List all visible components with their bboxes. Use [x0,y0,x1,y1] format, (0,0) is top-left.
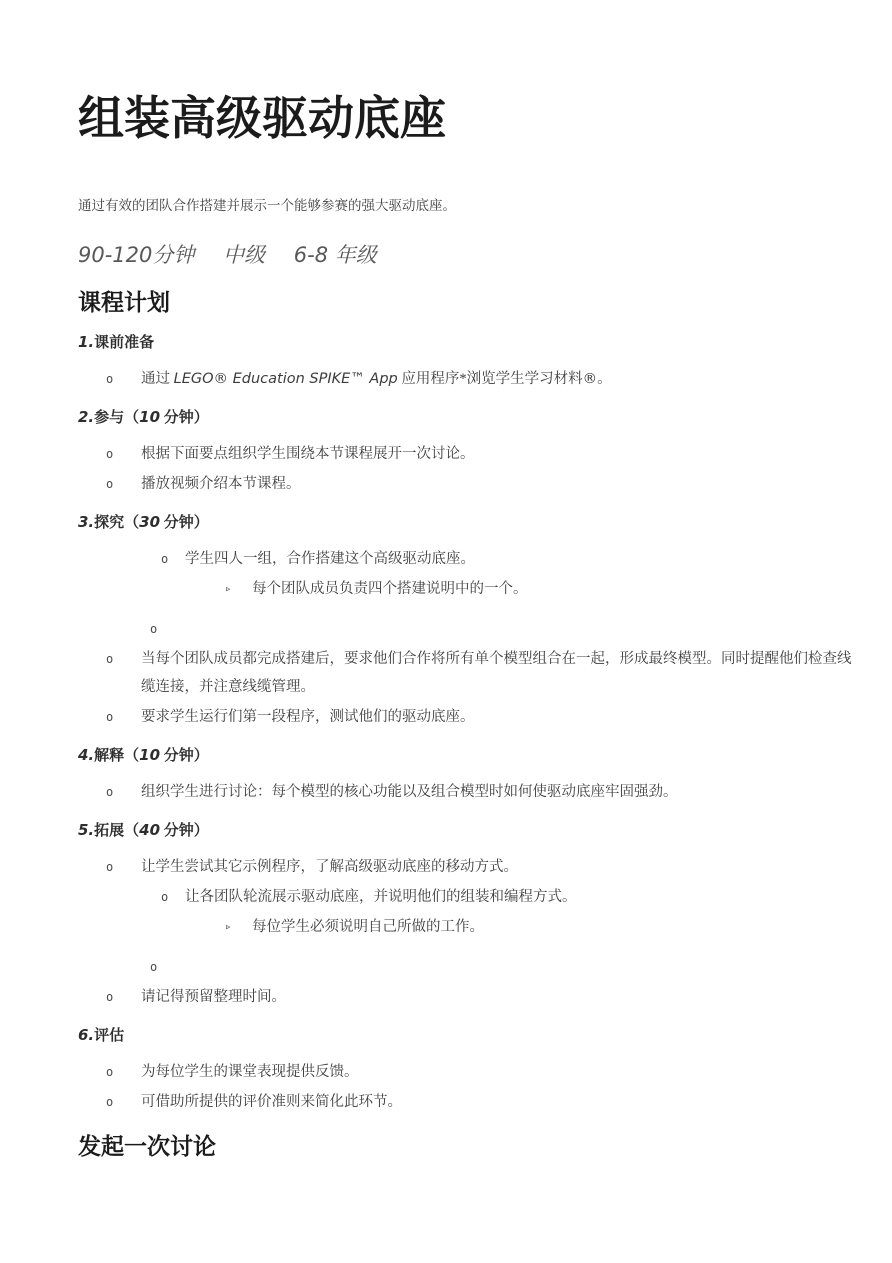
list-item: o组织学生进行讨论：每个模型的核心功能以及组合模型时如何使驱动底座牢固强劲。 [78,778,856,806]
list-item-text: 让学生尝试其它示例程序，了解高级驱动底座的移动方式。 [141,853,856,881]
step-duration: （10 分钟） [124,748,209,764]
list-item: o根据下面要点组织学生围绕本节课程展开一次讨论。 [78,440,856,468]
step-name: 解释 [94,748,124,764]
step-number: 4. [78,746,94,764]
circle-bullet-icon: o [106,983,141,1011]
list-item-text: 根据下面要点组织学生围绕本节课程展开一次讨论。 [141,440,856,468]
discussion-heading: 发起一次讨论 [78,1132,856,1162]
list-item: o [78,615,856,643]
list-item-text: 为每位学生的课堂表现提供反馈。 [141,1058,856,1086]
step-section: 3.探究（30 分钟）o学生四人一组，合作搭建这个高级驱动底座。▹每个团队成员负… [78,512,856,731]
circle-bullet-icon: o [106,853,141,881]
list-item: o让学生尝试其它示例程序，了解高级驱动底座的移动方式。 [78,853,856,881]
list-item-text: 要求学生运行们第一段程序，测试他们的驱动底座。 [141,703,856,731]
document-page: 组装高级驱动底座 通过有效的团队合作搭建并展示一个能够参赛的强大驱动底座。 90… [0,0,892,1263]
list-item: o当每个团队成员都完成搭建后，要求他们合作将所有单个模型组合在一起，形成最终模型… [78,645,856,701]
step-name: 拓展 [94,823,124,839]
step-section: 5.拓展（40 分钟）o让学生尝试其它示例程序，了解高级驱动底座的移动方式。o让… [78,820,856,1011]
step-label: 6.评估 [78,1025,856,1046]
circle-bullet-icon: o [106,1088,141,1116]
intro-text: 通过有效的团队合作搭建并展示一个能够参赛的强大驱动底座。 [78,196,856,216]
list-item: ▹每个团队成员负责四个搭建说明中的一个。 [78,575,856,603]
step-number: 2. [78,408,94,426]
step-section: 1.课前准备o通过 LEGO® Education SPIKE™ App 应用程… [78,332,856,393]
lesson-plan-heading: 课程计划 [78,288,856,318]
list-item-text [174,615,856,643]
list-item: o [78,953,856,981]
list-item: ▹每位学生必须说明自己所做的工作。 [78,913,856,941]
step-duration: （10 分钟） [124,410,209,426]
circle-bullet-icon: o [106,440,141,468]
list-item-text: 可借助所提供的评价准则来简化此环节。 [141,1088,856,1116]
step-label: 5.拓展（40 分钟） [78,820,856,841]
step-number: 6. [78,1026,94,1044]
list-item-text: 每个团队成员负责四个搭建说明中的一个。 [252,575,856,603]
triangle-bullet-icon: ▹ [225,913,252,941]
list-item-text: 通过 LEGO® Education SPIKE™ App 应用程序*浏览学生学… [141,365,856,393]
meta-grade: 6-8 年级 [294,243,377,267]
step-number: 5. [78,821,94,839]
list-item-text [174,953,856,981]
circle-bullet-icon: o [106,778,141,806]
circle-bullet-icon: o [161,883,185,911]
step-label: 1.课前准备 [78,332,856,353]
list-item-text: 播放视频介绍本节课程。 [141,470,856,498]
step-duration: （30 分钟） [124,515,209,531]
step-section: 2.参与（10 分钟）o根据下面要点组织学生围绕本节课程展开一次讨论。o播放视频… [78,407,856,498]
circle-bullet-icon: o [150,615,174,643]
circle-bullet-icon: o [150,953,174,981]
step-label: 3.探究（30 分钟） [78,512,856,533]
list-item-text: 组织学生进行讨论：每个模型的核心功能以及组合模型时如何使驱动底座牢固强劲。 [141,778,856,806]
meta-duration: 90-120分钟 [78,243,194,267]
circle-bullet-icon: o [106,365,141,393]
list-item-text: 学生四人一组，合作搭建这个高级驱动底座。 [185,545,856,573]
step-label: 4.解释（10 分钟） [78,745,856,766]
meta-level: 中级 [223,243,265,267]
list-item-text: 请记得预留整理时间。 [141,983,856,1011]
list-item-text: 让各团队轮流展示驱动底座，并说明他们的组装和编程方式。 [185,883,856,911]
step-number: 1. [78,333,94,351]
circle-bullet-icon: o [106,1058,141,1086]
list-item: o为每位学生的课堂表现提供反馈。 [78,1058,856,1086]
list-item: o学生四人一组，合作搭建这个高级驱动底座。 [78,545,856,573]
step-duration: （40 分钟） [124,823,209,839]
step-name: 参与 [94,410,124,426]
step-number: 3. [78,513,94,531]
list-item: o请记得预留整理时间。 [78,983,856,1011]
circle-bullet-icon: o [106,703,141,731]
list-item-text: 每位学生必须说明自己所做的工作。 [252,913,856,941]
circle-bullet-icon: o [106,645,141,673]
circle-bullet-icon: o [106,470,141,498]
step-section: 6.评估o为每位学生的课堂表现提供反馈。o可借助所提供的评价准则来简化此环节。 [78,1025,856,1116]
step-section: 4.解释（10 分钟）o组织学生进行讨论：每个模型的核心功能以及组合模型时如何使… [78,745,856,806]
step-name: 课前准备 [94,335,154,351]
step-name: 评估 [94,1028,124,1044]
document-title: 组装高级驱动底座 [78,90,856,148]
step-name: 探究 [94,515,124,531]
step-label: 2.参与（10 分钟） [78,407,856,428]
list-item: o可借助所提供的评价准则来简化此环节。 [78,1088,856,1116]
list-item: o要求学生运行们第一段程序，测试他们的驱动底座。 [78,703,856,731]
meta-line: 90-120分钟 中级 6-8 年级 [78,240,856,270]
triangle-bullet-icon: ▹ [225,575,252,603]
list-item: o通过 LEGO® Education SPIKE™ App 应用程序*浏览学生… [78,365,856,393]
list-item: o播放视频介绍本节课程。 [78,470,856,498]
list-item: o让各团队轮流展示驱动底座，并说明他们的组装和编程方式。 [78,883,856,911]
circle-bullet-icon: o [161,545,185,573]
lesson-plan-steps: 1.课前准备o通过 LEGO® Education SPIKE™ App 应用程… [78,332,856,1116]
list-item-text: 当每个团队成员都完成搭建后，要求他们合作将所有单个模型组合在一起，形成最终模型。… [141,645,856,701]
